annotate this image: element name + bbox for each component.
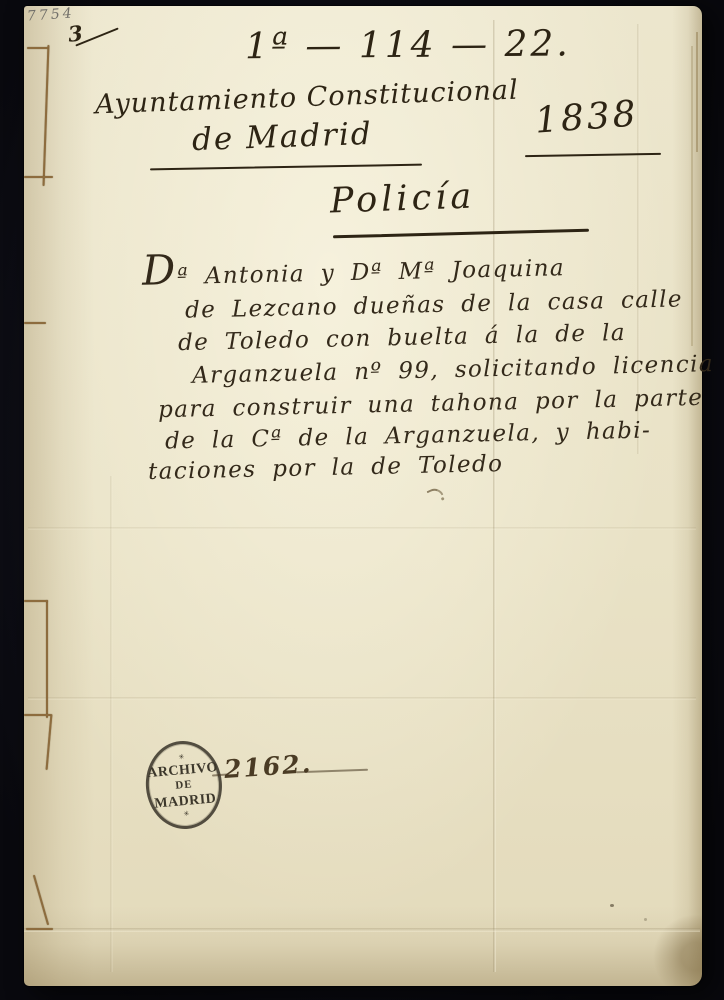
body-text-line: de la Cª de la Arganzuela, y habi- [165,419,652,453]
binding-thread [33,875,49,926]
binding-stitch [24,322,46,324]
document-year: 1838 [534,96,640,139]
scan-background: 7754 3 1ª — 114 — 22. Ayuntamiento Const… [0,0,724,1000]
organization-name-line2: de Madrid [192,119,374,156]
bottom-crease [24,928,700,932]
ink-smudge [427,486,444,501]
binding-thread [46,600,48,718]
binding-stitch [24,714,51,716]
vertical-fold-line [493,20,496,972]
ink-speck [610,904,614,907]
body-text-line: para construir una tahona por la parte [158,387,704,422]
binding-stitch [26,928,53,930]
archive-stamp: ✳ ARCHIVO DE MADRID ✳ [124,731,244,840]
reference-number: 2162. [223,751,313,782]
section-title: Policía [329,179,475,219]
document-page: 7754 3 1ª — 114 — 22. Ayuntamiento Const… [24,6,702,986]
year-underline [525,153,661,157]
heading-underline [150,164,422,171]
body-text-line: Arganzuela nº 99, solicitando licencia [192,353,714,388]
binding-stitch [24,600,48,602]
underlying-sheet-edge [696,32,698,152]
classification-number: 1ª — 114 — 22. [245,27,535,66]
horizontal-fold-line-lower [28,697,696,700]
horizontal-fold-line-upper [28,527,696,530]
underlying-sheet-edge [691,46,693,346]
binding-thread [43,45,50,186]
organization-name-line1: Ayuntamiento Constitucional [95,77,519,119]
ink-speck [644,918,647,921]
body-text-line: de Lezcano dueñas de la casa calle [185,288,683,322]
body-text-line: taciones por la de Toledo [148,453,504,484]
section-underline [333,229,589,239]
binding-stitch [27,47,48,49]
body-text-line: Dª Antonia y Dª Mª Joaquina [142,241,566,292]
stamp-ornament-icon: ✳ [183,810,190,820]
binding-thread [46,714,53,770]
binding-stitch [24,176,53,178]
body-text-line: de Toledo con buelta á la de la [178,322,626,355]
vertical-fold-line-left [110,476,113,972]
